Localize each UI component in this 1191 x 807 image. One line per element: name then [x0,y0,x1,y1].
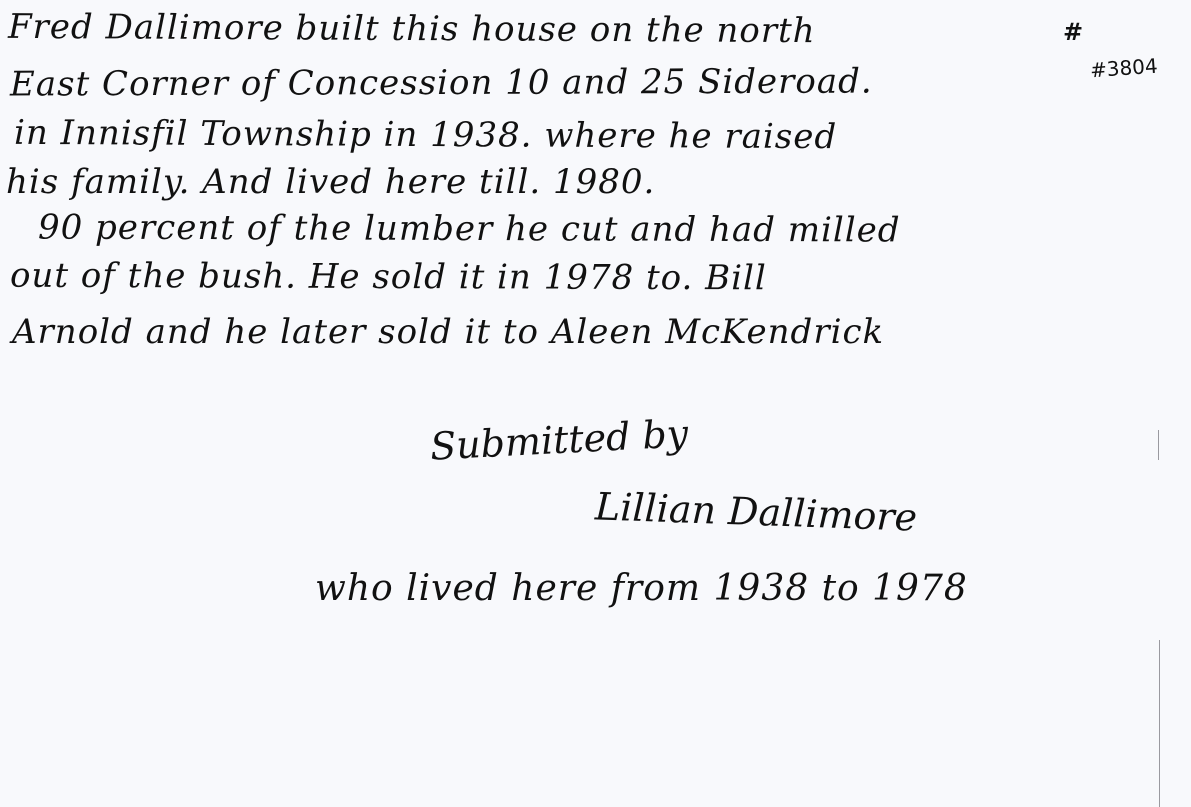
submitted-by-label: Submitted by [429,411,689,468]
residence-note: who lived here from 1938 to 1978 [315,568,968,609]
body-line-2: East Corner of Concession 10 and 25 Side… [10,64,873,101]
body-line-7: Arnold and he later sold it to Aleen McK… [12,315,884,349]
scan-edge-mark [1159,640,1160,807]
struck-out-mark: # [1063,18,1083,46]
body-line-6: out of the bush. He sold it in 1978 to. … [10,259,767,296]
reference-number: #3804 [1089,54,1158,83]
body-line-5: 90 percent of the lumber he cut and had … [38,210,901,247]
scan-edge-mark [1158,430,1159,460]
scanned-document-page: Fred Dallimore built this house on the n… [0,0,1191,807]
body-line-4: his family. And lived here till. 1980. [6,165,655,199]
body-line-1: Fred Dallimore built this house on the n… [8,10,816,48]
signer-name: Lillian Dallimore [594,484,918,539]
body-line-3: in Innisfil Township in 1938. where he r… [14,116,837,154]
